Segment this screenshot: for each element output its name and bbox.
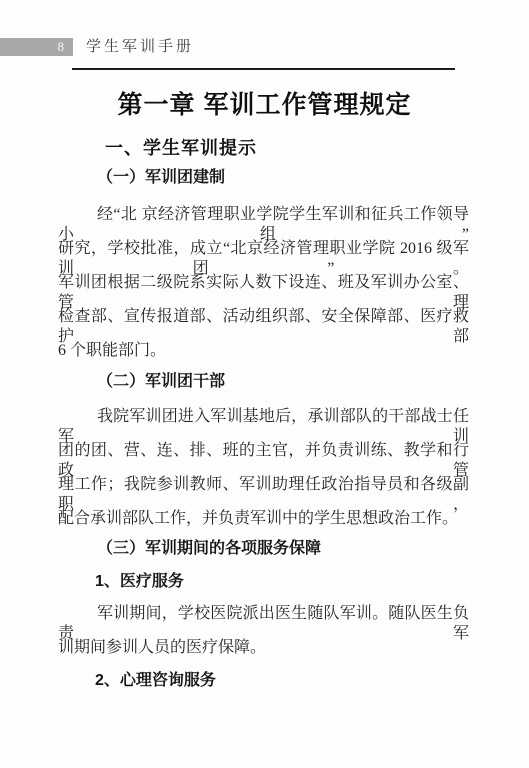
section-heading-1: 一、学生军训提示 (105, 138, 257, 158)
chapter-title: 第一章 军训工作管理规定 (0, 90, 529, 120)
book-page: 8 学生军训手册 第一章 军训工作管理规定 一、学生军训提示 （一）军训团建制 … (0, 0, 529, 768)
paragraph-line: 训期间参训人员的医疗保障。 (58, 638, 469, 658)
numbered-heading-medical: 1、医疗服务 (95, 572, 184, 591)
subsection-heading-1-2: （二）军训团干部 (97, 372, 225, 391)
paragraph-line: 6 个职能部门。 (58, 341, 469, 361)
paragraph-line: 配合承训部队工作，并负责军训中的学生思想政治工作。 (58, 509, 469, 529)
subsection-heading-1-1: （一）军训团建制 (97, 168, 225, 187)
numbered-heading-counseling: 2、心理咨询服务 (95, 671, 216, 690)
header-book-title: 学生军训手册 (86, 39, 194, 56)
header-page-number: 8 (0, 38, 73, 56)
subsection-heading-1-3: （三）军训期间的各项服务保障 (97, 539, 321, 558)
header-rule (72, 68, 455, 70)
